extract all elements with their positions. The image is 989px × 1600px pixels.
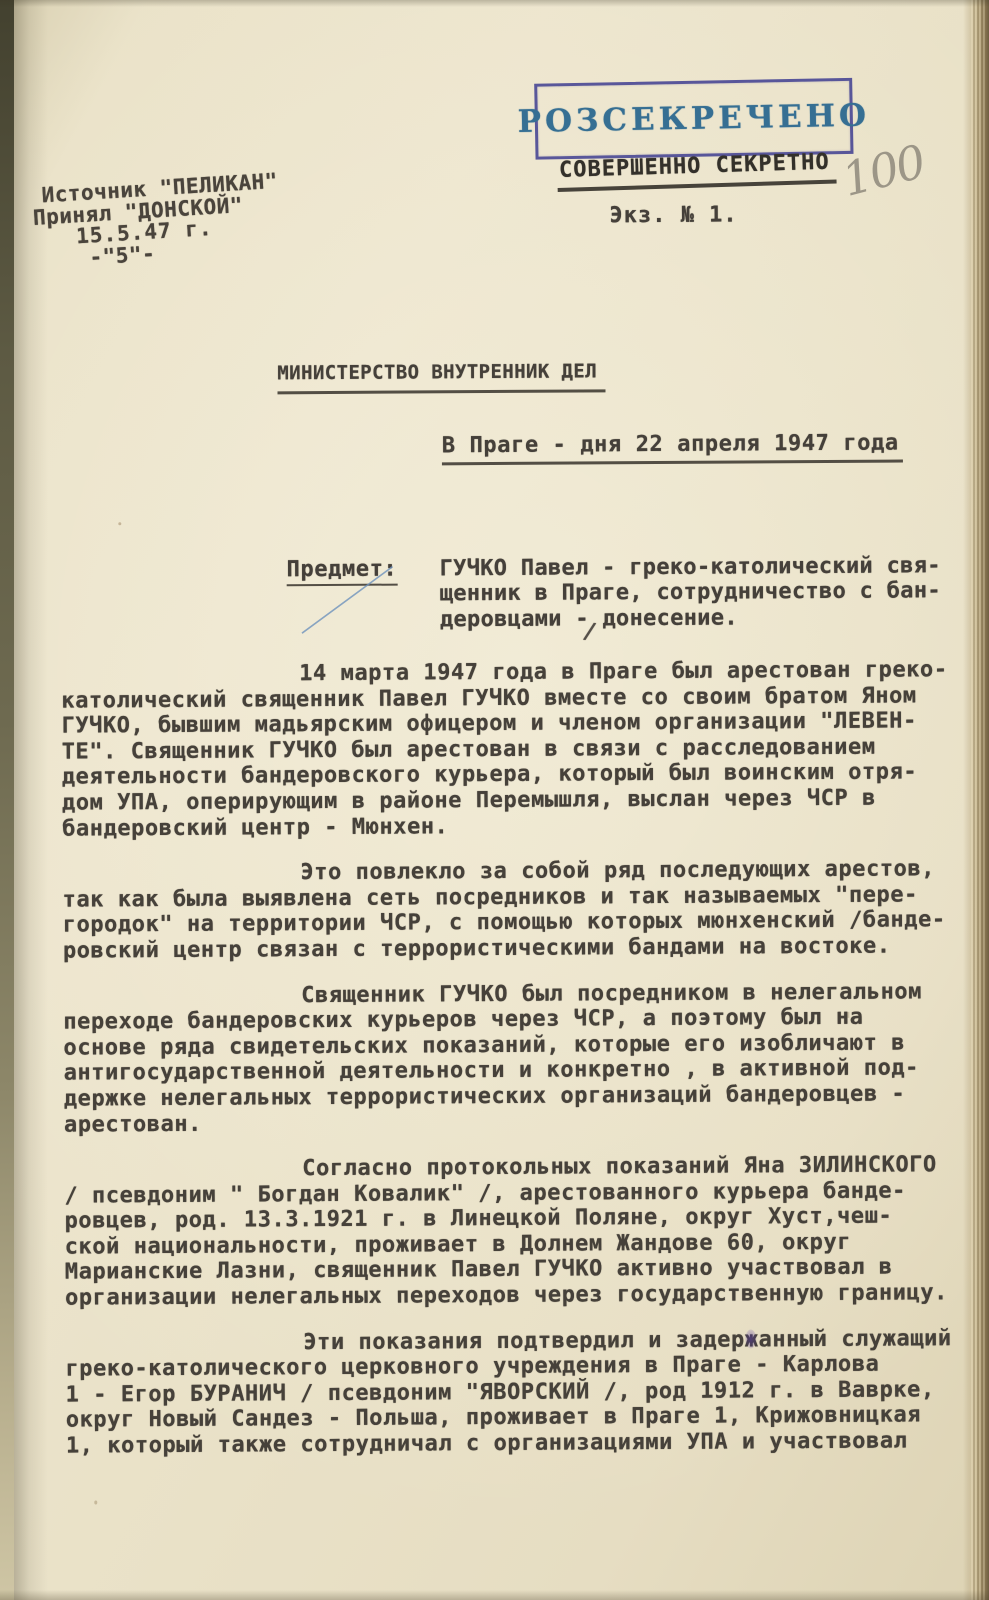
paragraph-5: Эти показания подтвердил и задержанный с… <box>65 1326 961 1459</box>
paragraph-1: 14 марта 1947 года в Праге был арестован… <box>61 657 957 842</box>
document-body: 14 марта 1947 года в Праге был арестован… <box>61 657 961 1479</box>
source-note: Источник "ПЕЛИКАН" Принял "ДОНСКОЙ" 15.5… <box>41 171 282 271</box>
declassified-stamp: РОЗСЕКРЕЧЕНО <box>534 78 853 160</box>
text-line: дом УПА, оперирующим в районе Перемышля,… <box>62 785 957 816</box>
copy-number: Экз. № 1. <box>609 203 737 229</box>
text-line: бандеровский центр - Мюнхен. <box>62 811 957 842</box>
text-line: щенник в Праге, сотрудничество с бан- <box>440 579 940 607</box>
declassified-stamp-text: РОЗСЕКРЕЧЕНО <box>517 98 870 140</box>
paper-blemish <box>94 1500 97 1504</box>
paragraph-4: Согласно протокольных показаний Яна ЗИЛИ… <box>64 1152 960 1311</box>
paragraph-3: Священник ГУЧКО был посредником в нелега… <box>63 979 959 1138</box>
paragraph-2: Это повлекло за собой ряд последующих ар… <box>62 856 958 964</box>
paper-blemish <box>847 1012 849 1018</box>
text-line: держке нелегальных террористических орга… <box>64 1081 959 1112</box>
classification-label: СОВЕРШЕННО СЕКРЕТНО <box>557 150 837 192</box>
paper-blemish <box>118 522 121 525</box>
text-line: организации нелегальных переходов через … <box>65 1280 960 1311</box>
scanned-document-page: Источник "ПЕЛИКАН" Принял "ДОНСКОЙ" 15.5… <box>0 0 989 1600</box>
subject-text: ГУЧКО Павел - греко-католический свя-щен… <box>440 553 940 632</box>
dateline: В Праге - дня 22 апреля 1947 года <box>442 430 903 465</box>
subject-label: Предмет: <box>287 557 398 587</box>
text-line: ГУЧКО Павел - греко-католический свя- <box>440 553 940 581</box>
document-content: Источник "ПЕЛИКАН" Принял "ДОНСКОЙ" 15.5… <box>0 0 989 1600</box>
text-line: деровцами - донесение. <box>440 604 940 632</box>
text-line: 1, который также сотрудничал с организац… <box>66 1428 961 1459</box>
text-line: арестован. <box>64 1107 959 1138</box>
ink-blot <box>745 1329 756 1348</box>
text-line: ровский центр связан с террористическими… <box>63 933 958 964</box>
slash-mark: / <box>581 619 597 646</box>
document-title: МИНИСТЕРСТВО ВНУТРЕННИК ДЕЛ <box>277 360 605 394</box>
